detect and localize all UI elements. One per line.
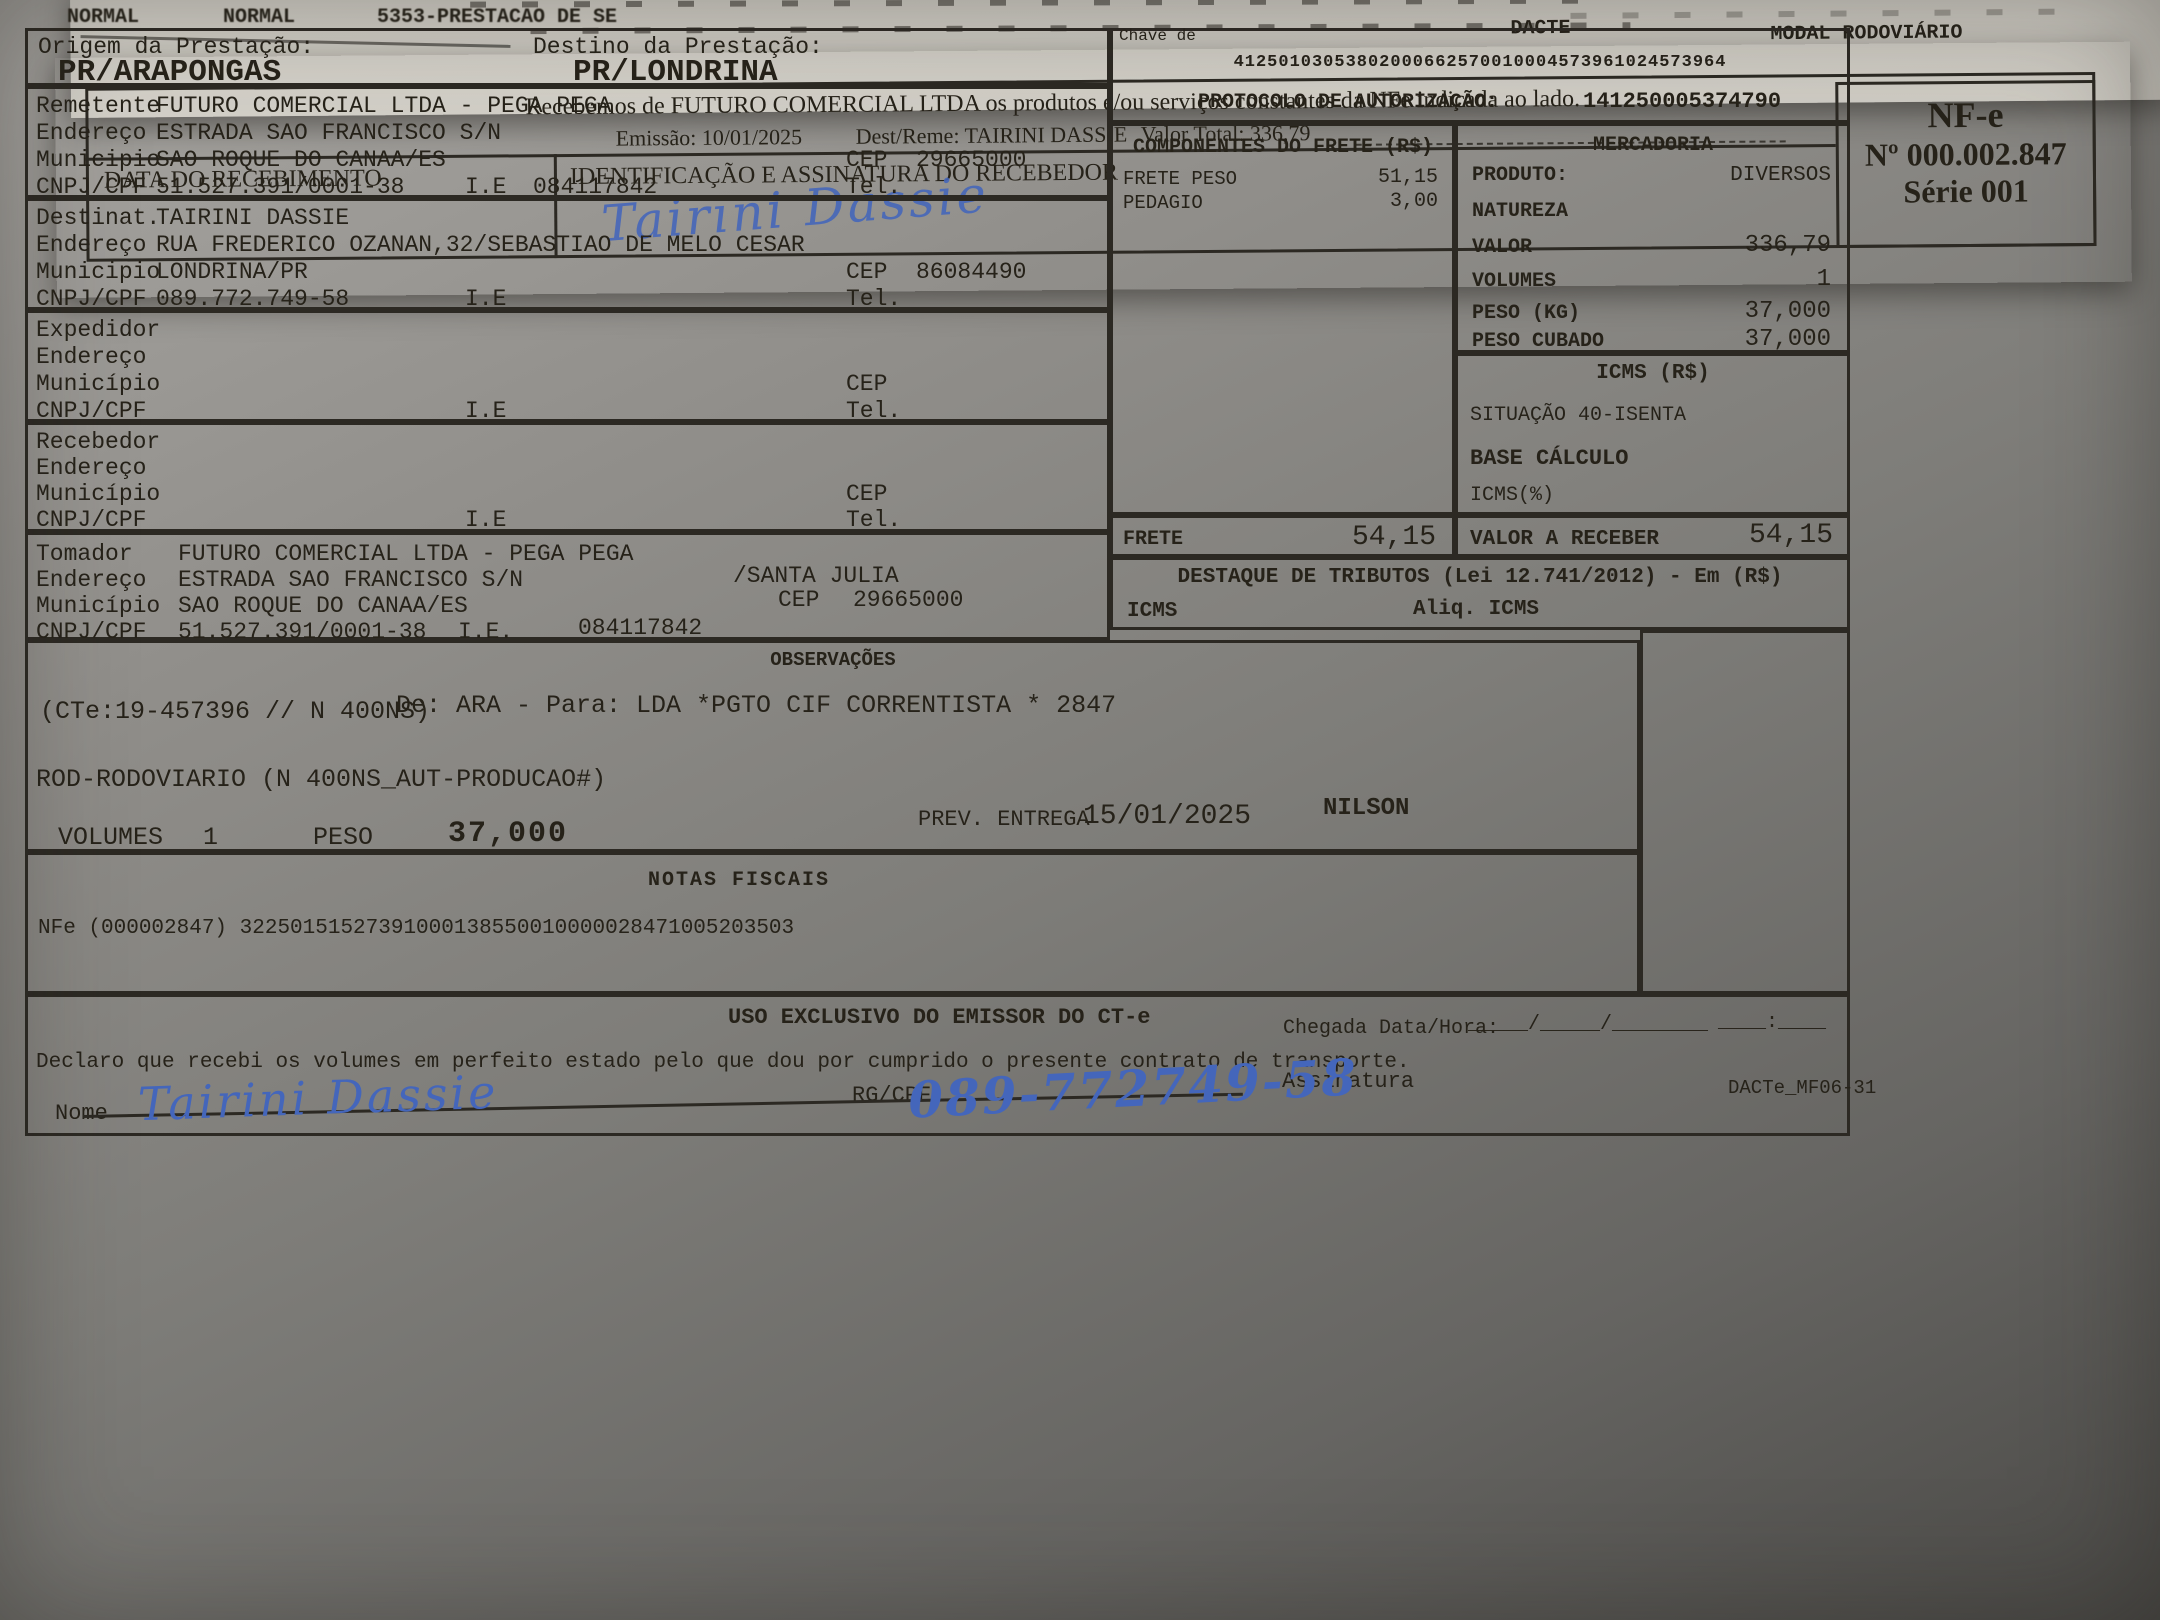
- base-calculo-label: BASE CÁLCULO: [1470, 446, 1628, 471]
- protocolo-label: PROTOCOLO DE AUTORIZAÇÃO:: [1198, 91, 1498, 114]
- peso-kg-label: PESO (KG): [1472, 302, 1580, 325]
- remetente-nome: FUTURO COMERCIAL LTDA - PEGA PEGA: [156, 93, 611, 119]
- notas-title: NOTAS FISCAIS: [648, 869, 830, 892]
- tomador-cep: 29665000: [853, 587, 963, 613]
- tel-label: Tel.: [846, 507, 901, 533]
- chave-numero: 4125010305380200066257001000457396102457…: [1113, 53, 1847, 72]
- recebedor-box: Recebedor Endereço Município CEP CNPJ/CP…: [25, 422, 1110, 532]
- prev-entrega-label: PREV. ENTREGA: [918, 807, 1090, 832]
- endereco-label: Endereço: [36, 455, 146, 481]
- dot-matrix-row: [470, 0, 1590, 8]
- obs-volumes-valor: 1: [203, 823, 218, 852]
- mercadoria-title: MERCADORIA: [1458, 134, 1848, 157]
- ie-label: I.E: [465, 507, 506, 533]
- nfe-title: NF-e: [1838, 93, 2092, 137]
- expedidor-box: Expedidor Endereço Município CEP CNPJ/CP…: [25, 310, 1110, 422]
- icms-box: ICMS (R$) SITUAÇÃO 40-ISENTA BASE CÁLCUL…: [1455, 353, 1850, 515]
- dot-matrix-row: [1570, 8, 2090, 19]
- tomador-nome: FUTURO COMERCIAL LTDA - PEGA PEGA: [178, 541, 633, 567]
- ie-label: I.E: [465, 286, 506, 312]
- peso-cubado-valor: 37,000: [1745, 326, 1831, 353]
- notas-fiscais-box: NOTAS FISCAIS NFe (000002847) 3225015152…: [25, 852, 1640, 994]
- observacoes-cte: (CTe:19-457396 // N 400NS): [40, 697, 430, 726]
- cep-label: CEP: [846, 147, 887, 173]
- destinatario-box: Destinat. TAIRINI DASSIE Endereço RUA FR…: [25, 198, 1110, 310]
- nome-handwriting: Tairini Dassie: [137, 1065, 499, 1132]
- tomador-label: Tomador: [36, 541, 133, 567]
- destinatario-label: Destinat.: [36, 205, 160, 231]
- mercadoria-box: MERCADORIA PRODUTO: DIVERSOS NATUREZA VA…: [1455, 123, 1850, 353]
- tomador-endereco: ESTRADA SAO FRANCISCO S/N: [178, 567, 523, 593]
- volumes-valor: 1: [1817, 266, 1831, 293]
- chave-box: Chave de 4125010305380200066257001000457…: [1110, 28, 1850, 123]
- observacoes-title: OBSERVAÇÕES: [28, 649, 1638, 671]
- componentes-title: COMPONENTES DO FRETE (R$): [1113, 136, 1453, 159]
- icms-aliquota-label: ICMS(%): [1470, 484, 1554, 507]
- icms-title: ICMS (R$): [1458, 362, 1848, 385]
- nfe-serie: Série 001: [1839, 172, 2093, 211]
- expedidor-label: Expedidor: [36, 317, 160, 343]
- protocolo-numero: 141250005374790: [1583, 89, 1781, 114]
- observacoes-box: OBSERVAÇÕES (CTe:19-457396 // N 400NS) D…: [25, 640, 1640, 852]
- tributos-title: DESTAQUE DE TRIBUTOS (Lei 12.741/2012) -…: [1113, 566, 1847, 589]
- destinatario-endereco: RUA FREDERICO OZANAN,32/SEBASTIAO DE MEL…: [156, 232, 805, 258]
- valor-mercadoria: 336,79: [1745, 232, 1831, 259]
- chegada-blanks-hora: ____:____: [1718, 1011, 1826, 1034]
- destino-value: PR/LONDRINA: [573, 55, 778, 90]
- destinatario-cep: 86084490: [916, 259, 1026, 285]
- frete-total-box: FRETE 54,15: [1110, 515, 1455, 557]
- cnpj-label: CNPJ/CPF: [36, 398, 146, 424]
- tributos-box: DESTAQUE DE TRIBUTOS (Lei 12.741/2012) -…: [1110, 557, 1850, 630]
- observacoes-modal: ROD-RODOVIARIO (N 400NS_AUT-PRODUCAO#): [36, 765, 606, 794]
- frete-peso-valor: 51,15: [1378, 166, 1438, 189]
- frete-peso-label: FRETE PESO: [1123, 168, 1237, 190]
- uso-exclusivo-box: USO EXCLUSIVO DO EMISSOR DO CT-e Chegada…: [25, 994, 1850, 1136]
- obs-volumes-label: VOLUMES: [58, 823, 163, 852]
- cnpj-label: CNPJ/CPF: [36, 174, 146, 200]
- tributos-aliq-label: Aliq. ICMS: [1413, 598, 1539, 621]
- obs-peso-valor: 37,000: [448, 817, 568, 851]
- tributos-icms-label: ICMS: [1127, 600, 1177, 623]
- remetente-box: Remetente FUTURO COMERCIAL LTDA - PEGA P…: [25, 86, 1110, 198]
- torn-strip-normal1: NORMAL: [67, 6, 139, 29]
- obs-peso-label: PESO: [313, 823, 373, 852]
- tel-label: Tel.: [846, 174, 901, 200]
- destinatario-municipio: LONDRINA/PR: [156, 259, 308, 285]
- torn-strip-normal2: NORMAL: [223, 6, 295, 29]
- chegada-label: Chegada Data/Hora:: [1283, 1017, 1499, 1040]
- remetente-municipio: SAO ROQUE DO CANAA/ES: [156, 147, 446, 173]
- peso-kg-valor: 37,000: [1745, 298, 1831, 325]
- conferente-nome: NILSON: [1323, 795, 1409, 822]
- endereco-label: Endereço: [36, 344, 146, 370]
- remetente-cnpj: 51.527.391/0001-38: [156, 174, 404, 200]
- cep-label: CEP: [846, 371, 887, 397]
- valor-receber-box: VALOR A RECEBER 54,15: [1455, 515, 1850, 557]
- empty-side-cell: [1640, 630, 1850, 994]
- ie-label: I.E: [465, 174, 506, 200]
- frete-label: FRETE: [1123, 528, 1183, 551]
- torn-strip-prestacao: 5353-PRESTACAO DE SE: [377, 6, 617, 29]
- tel-label: Tel.: [846, 286, 901, 312]
- icms-situacao: SITUAÇÃO 40-ISENTA: [1470, 404, 1686, 427]
- municipio-label: Município: [36, 371, 160, 397]
- remetente-cep: 29665000: [916, 147, 1026, 173]
- cep-label: CEP: [846, 259, 887, 285]
- natureza-label: NATUREZA: [1472, 200, 1568, 223]
- tomador-ie: 084117842: [578, 615, 702, 641]
- origem-value: PR/ARAPONGAS: [58, 55, 281, 90]
- dacte-codigo: DACTe_MF06-31: [1728, 1077, 1876, 1099]
- endereco-label: Endereço: [36, 120, 146, 146]
- chave-label: Chave de: [1119, 27, 1196, 45]
- municipio-label: Municipio: [36, 259, 160, 285]
- prestacao-box: Origem da Prestação: PR/ARAPONGAS Destin…: [25, 28, 1110, 86]
- endereco-label: Endereço: [36, 567, 146, 593]
- municipio-label: Município: [36, 481, 160, 507]
- cnpj-label: CNPJ/CPF: [36, 286, 146, 312]
- remetente-endereco: ESTRADA SAO FRANCISCO S/N: [156, 120, 501, 146]
- ie-label: I.E: [465, 398, 506, 424]
- uso-exclusivo-title: USO EXCLUSIVO DO EMISSOR DO CT-e: [728, 1005, 1150, 1030]
- produto-valor: DIVERSOS: [1730, 164, 1831, 187]
- prev-entrega-data: 15/01/2025: [1083, 801, 1251, 832]
- notas-nfe-linha: NFe (000002847) 322501515273910001385500…: [38, 917, 794, 940]
- destinatario-nome: TAIRINI DASSIE: [156, 205, 349, 231]
- tomador-box: Tomador FUTURO COMERCIAL LTDA - PEGA PEG…: [25, 532, 1110, 640]
- valor-receber-label: VALOR A RECEBER: [1470, 528, 1659, 551]
- frete-valor: 54,15: [1352, 522, 1436, 553]
- tomador-complemento: /SANTA JULIA: [733, 563, 899, 589]
- endereco-label: Endereço: [36, 232, 146, 258]
- peso-cubado-label: PESO CUBADO: [1472, 330, 1604, 353]
- photo-of-dacte-document: DACTE MODAL RODOVIÁRIO Recebemos de FUTU…: [0, 0, 2160, 1620]
- destinatario-cnpj: 089.772.749-58: [156, 286, 349, 312]
- observacoes-rota: De: ARA - Para: LDA *PGTO CIF CORRENTIST…: [396, 691, 1116, 720]
- valor-receber-valor: 54,15: [1749, 520, 1833, 551]
- recebedor-label: Recebedor: [36, 429, 160, 455]
- municipio-label: Município: [36, 593, 160, 619]
- tomador-municipio: SAO ROQUE DO CANAA/ES: [178, 593, 468, 619]
- nfe-box: NF-e Nº 000.002.847 Série 001: [1835, 80, 2096, 248]
- cnpj-label: CNPJ/CPF: [36, 507, 146, 533]
- nfe-number: Nº 000.002.847: [1839, 135, 2093, 174]
- pedagio-valor: 3,00: [1390, 190, 1438, 213]
- componentes-frete-box: COMPONENTES DO FRETE (R$) FRETE PESO 51,…: [1110, 123, 1455, 515]
- valor-label: VALOR: [1472, 236, 1532, 259]
- volumes-label: VOLUMES: [1472, 270, 1556, 293]
- tel-label: Tel.: [846, 398, 901, 424]
- municipio-label: Municipio: [36, 147, 160, 173]
- produto-label: PRODUTO:: [1472, 164, 1568, 187]
- nome-label: Nome: [55, 1101, 108, 1126]
- chegada-blanks-data: _____/_____/________: [1468, 1013, 1708, 1036]
- cep-label: CEP: [778, 587, 819, 613]
- cep-label: CEP: [846, 481, 887, 507]
- remetente-label: Remetente: [36, 93, 160, 119]
- remetente-ie: 084117842: [533, 174, 657, 200]
- pedagio-label: PEDAGIO: [1123, 192, 1203, 214]
